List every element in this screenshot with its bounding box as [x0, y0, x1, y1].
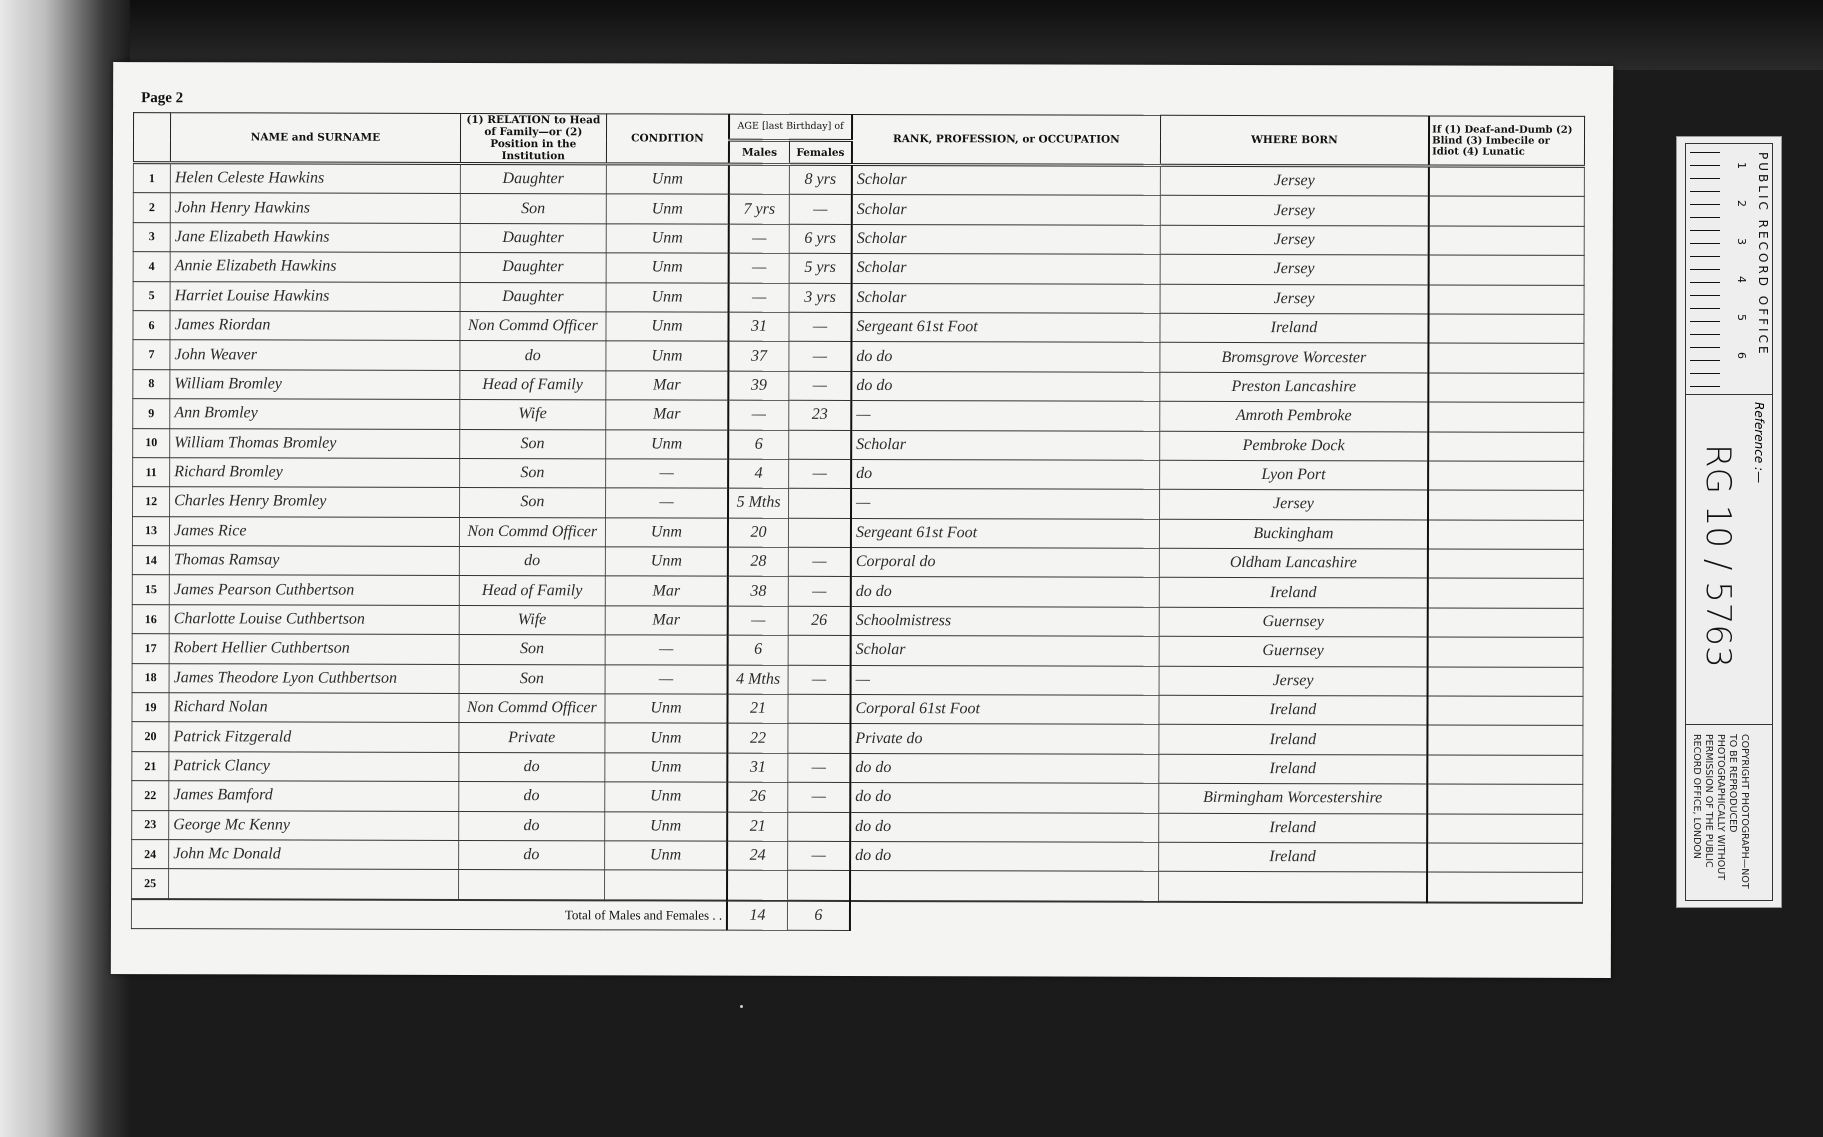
cell-relation: Daughter	[460, 282, 606, 312]
cell-row-number: 1	[133, 163, 170, 193]
cell-female: 8 yrs	[789, 164, 852, 195]
reference-value: RG 10 / 5763	[1698, 444, 1738, 668]
cell-born: Jersey	[1160, 225, 1429, 255]
cell-condition: —	[605, 488, 728, 518]
cell-relation: Non Commd Officer	[460, 311, 606, 341]
census-page: Page 2 NAME and SURNAME (1) RELATION to …	[111, 62, 1613, 978]
cell-female: —	[789, 312, 852, 342]
cell-condition: Unm	[606, 282, 729, 312]
cell-inf	[1427, 814, 1582, 844]
cell-relation: do	[458, 840, 604, 870]
cell-inf	[1428, 402, 1583, 432]
cell-relation: Private	[459, 723, 605, 753]
header-name: NAME and SURNAME	[171, 113, 461, 164]
cell-inf	[1428, 431, 1583, 461]
cell-male: 6	[728, 430, 788, 460]
cell-male: —	[729, 283, 789, 313]
cell-occupation: Scholar	[852, 195, 1160, 225]
cell-born: Pembroke Dock	[1159, 431, 1428, 461]
cell-born: Birmingham Worcestershire	[1158, 783, 1427, 813]
total-females: 6	[787, 901, 850, 931]
cell-relation: do	[460, 341, 606, 371]
cell-condition: Unm	[606, 312, 729, 342]
total-males: 14	[727, 900, 787, 930]
cell-male: 31	[729, 312, 789, 342]
cell-female	[788, 694, 851, 724]
cell-occupation: do do	[851, 577, 1159, 607]
cell-occupation: —	[851, 489, 1159, 519]
cell-condition	[604, 870, 727, 900]
cell-female	[788, 489, 851, 519]
table-row: 11Richard BromleySon—4—doLyon Port	[133, 457, 1584, 490]
cell-condition: Unm	[604, 811, 727, 841]
cell-row-number: 20	[132, 722, 169, 751]
public-record-office-strip: PUBLIC RECORD OFFICE 1 2 3 4 5 6 Referen…	[1676, 136, 1782, 908]
cell-male: 4 Mths	[728, 665, 788, 695]
cell-row-number: 9	[133, 399, 170, 428]
cell-male: —	[729, 253, 789, 283]
cell-inf	[1427, 872, 1582, 902]
cell-relation: Son	[459, 635, 605, 665]
cell-born	[1158, 872, 1427, 903]
table-row: 24John Mc DonalddoUnm24—do doIreland	[132, 840, 1583, 873]
cell-female	[788, 636, 851, 666]
cell-female: —	[789, 371, 852, 401]
table-row: 6James RiordanNon Commd OfficerUnm31—Ser…	[133, 311, 1584, 344]
cell-occupation: Sergeant 61st Foot	[851, 518, 1159, 548]
cell-name: James Pearson Cuthbertson	[169, 575, 459, 605]
table-row: 25	[132, 869, 1583, 903]
ruler-number: 1	[1726, 162, 1748, 169]
cell-inf	[1429, 196, 1584, 226]
cell-male: 21	[727, 812, 787, 842]
cell-relation: Son	[459, 488, 605, 518]
table-row: 12Charles Henry BromleySon—5 Mths—Jersey	[133, 487, 1584, 520]
cell-relation: do	[459, 547, 605, 577]
table-row: 10William Thomas BromleySonUnm6ScholarPe…	[133, 428, 1584, 461]
table-row: 8William BromleyHead of FamilyMar39—do d…	[133, 369, 1584, 402]
cell-relation: do	[459, 752, 605, 782]
cell-name: Helen Celeste Hawkins	[170, 163, 460, 194]
ruler-ticks	[1690, 152, 1720, 390]
cell-male: 37	[729, 341, 789, 371]
cell-relation: Son	[459, 458, 605, 488]
cell-row-number: 15	[132, 575, 169, 604]
reference-label: Reference :—	[1752, 402, 1766, 483]
cell-born: Amroth Pembroke	[1160, 401, 1429, 431]
cell-occupation: Private do	[850, 724, 1158, 754]
cell-born: Jersey	[1159, 666, 1428, 696]
cell-name: Richard Bromley	[170, 458, 460, 488]
cell-female	[789, 430, 852, 460]
table-row: 4Annie Elizabeth HawkinsDaughterUnm—5 yr…	[133, 252, 1584, 285]
cell-row-number: 4	[133, 252, 170, 281]
cell-condition: Unm	[606, 224, 729, 254]
cell-occupation: Schoolmistress	[851, 606, 1159, 636]
table-row: 14Thomas RamsaydoUnm28—Corporal doOldham…	[132, 546, 1583, 579]
table-row: 2John Henry HawkinsSonUnm7 yrs—ScholarJe…	[133, 193, 1584, 226]
cell-relation: Daughter	[460, 223, 606, 253]
cell-inf	[1428, 520, 1583, 550]
cell-occupation: do do	[850, 812, 1158, 842]
cell-occupation: Scholar	[851, 636, 1159, 666]
cell-condition: Mar	[605, 576, 728, 606]
cell-name: John Mc Donald	[169, 840, 459, 870]
cell-relation: Head of Family	[460, 370, 606, 400]
cell-occupation: do do	[850, 783, 1158, 813]
cell-male: 5 Mths	[728, 488, 788, 518]
header-age-females: Females	[789, 140, 852, 164]
cell-row-number: 24	[132, 840, 169, 869]
copyright-notice: COPYRIGHT PHOTOGRAPH—NOT TO BE REPRODUCE…	[1690, 734, 1750, 900]
cell-occupation: Scholar	[851, 430, 1159, 460]
cell-condition: Unm	[606, 341, 729, 371]
table-row: 19Richard NolanNon Commd OfficerUnm21Cor…	[132, 693, 1583, 726]
cell-row-number: 17	[132, 634, 169, 663]
cell-male: 21	[728, 694, 788, 724]
cell-born: Ireland	[1160, 313, 1429, 343]
total-row: Total of Males and Females . .146	[131, 899, 1582, 933]
cell-male: —	[728, 606, 788, 636]
cell-born: Ireland	[1159, 695, 1428, 725]
cell-occupation: do	[851, 459, 1159, 489]
cell-female: 5 yrs	[789, 253, 852, 283]
cell-row-number: 21	[132, 751, 169, 780]
cell-relation: Son	[460, 194, 606, 224]
cell-condition: Unm	[605, 429, 728, 459]
cell-male: 24	[727, 841, 787, 871]
cell-born: Guernsey	[1159, 607, 1428, 637]
header-condition: CONDITION	[606, 114, 729, 164]
cell-male: 38	[728, 577, 788, 607]
cell-born: Ireland	[1159, 725, 1428, 755]
cell-condition: Unm	[605, 723, 728, 753]
table-row: 21Patrick ClancydoUnm31—do doIreland	[132, 751, 1583, 784]
table-row: 3Jane Elizabeth HawkinsDaughterUnm—6 yrs…	[133, 222, 1584, 255]
cell-inf	[1428, 549, 1583, 579]
header-age-males: Males	[729, 140, 789, 164]
total-label: Total of Males and Females . .	[131, 899, 727, 930]
census-table: NAME and SURNAME (1) RELATION to Head of…	[131, 112, 1585, 933]
total-blank	[850, 901, 1583, 933]
header-age: AGE [last Birthday] of	[729, 114, 852, 141]
cell-inf	[1429, 255, 1584, 285]
cell-name: John Henry Hawkins	[170, 193, 460, 223]
cell-relation: Wife	[459, 605, 605, 635]
cell-female: —	[788, 665, 851, 695]
cell-name: William Thomas Bromley	[170, 428, 460, 458]
cell-row-number: 2	[133, 193, 170, 222]
cell-inf	[1428, 667, 1583, 697]
cell-female: —	[788, 547, 851, 577]
cell-condition: Unm	[605, 547, 728, 577]
cell-born: Jersey	[1160, 196, 1429, 226]
cell-relation: Son	[459, 664, 605, 694]
cell-inf	[1429, 226, 1584, 256]
cell-name: James Theodore Lyon Cuthbertson	[169, 663, 459, 693]
cell-row-number: 3	[133, 222, 170, 251]
cell-occupation: Scholar	[852, 224, 1160, 254]
cell-occupation: Scholar	[852, 164, 1160, 195]
cell-born: Ireland	[1159, 578, 1428, 608]
cell-born: Lyon Port	[1159, 460, 1428, 490]
cell-female: —	[789, 342, 852, 372]
cell-inf	[1429, 314, 1584, 344]
cell-name	[169, 869, 459, 900]
table-row: 16Charlotte Louise CuthbertsonWifeMar—26…	[132, 604, 1583, 637]
cell-born: Jersey	[1160, 284, 1429, 314]
cell-relation: Daughter	[460, 253, 606, 283]
cell-row-number: 5	[133, 281, 170, 310]
cell-row-number: 18	[132, 663, 169, 692]
cell-condition: Unm	[606, 194, 729, 224]
cell-condition: Unm	[606, 253, 729, 283]
ruler-number: 5	[1726, 314, 1748, 321]
page-label: Page 2	[141, 90, 183, 107]
cell-born: Ireland	[1159, 754, 1428, 784]
cell-name: George Mc Kenny	[169, 810, 459, 840]
cell-relation: Non Commd Officer	[459, 693, 605, 723]
cell-female	[788, 812, 851, 842]
cell-born: Buckingham	[1159, 519, 1428, 549]
cell-male: 7 yrs	[729, 195, 789, 225]
cell-female: —	[789, 195, 852, 225]
cell-male: 22	[728, 724, 788, 754]
cell-male: 31	[727, 753, 787, 783]
cell-name: James Bamford	[169, 781, 459, 811]
cell-row-number: 11	[133, 457, 170, 486]
cell-name: Robert Hellier Cuthbertson	[169, 634, 459, 664]
cell-female: —	[788, 783, 851, 813]
cell-male	[727, 871, 787, 901]
reference-box: Reference :— RG 10 / 5763	[1686, 394, 1772, 725]
cell-row-number: 6	[133, 311, 170, 340]
measurement-ruler: PUBLIC RECORD OFFICE 1 2 3 4 5 6	[1686, 144, 1772, 395]
cell-name: James Riordan	[170, 311, 460, 341]
cell-female: —	[787, 841, 850, 871]
scan-top-shadow	[0, 0, 1823, 70]
cell-name: Ann Bromley	[170, 399, 460, 429]
cell-born: Bromsgrove Worcester	[1160, 343, 1429, 373]
cell-male: 4	[728, 459, 788, 489]
cell-row-number: 22	[132, 781, 169, 810]
cell-condition: Mar	[605, 606, 728, 636]
cell-born: Preston Lancashire	[1160, 372, 1429, 402]
cell-female: —	[788, 753, 851, 783]
cell-condition: Unm	[605, 782, 728, 812]
cell-condition: Unm	[605, 518, 728, 548]
cell-occupation: Corporal do	[851, 548, 1159, 578]
cell-female	[788, 724, 851, 754]
cell-relation: do	[459, 782, 605, 812]
cell-male: 39	[728, 371, 788, 401]
cell-male: 20	[728, 518, 788, 548]
header-row-number	[133, 113, 170, 163]
header-occupation: RANK, PROFESSION, or OCCUPATION	[852, 114, 1160, 165]
ruler-number: 6	[1726, 352, 1748, 359]
table-row: 1Helen Celeste HawkinsDaughterUnm8 yrsSc…	[133, 163, 1584, 197]
cell-relation: Daughter	[460, 163, 606, 194]
cell-condition: Unm	[605, 694, 728, 724]
cell-born: Ireland	[1158, 842, 1427, 872]
header-infirmity: If (1) Deaf-and-Dumb (2) Blind (3) Imbec…	[1429, 116, 1585, 166]
cell-female: 3 yrs	[789, 283, 852, 313]
cell-occupation: Scholar	[852, 254, 1160, 284]
cell-female: 6 yrs	[789, 224, 852, 254]
cell-female	[787, 871, 850, 901]
cell-row-number: 16	[132, 604, 169, 633]
cell-inf	[1428, 696, 1583, 726]
cell-condition: Unm	[604, 841, 727, 871]
cell-name: James Rice	[170, 516, 460, 546]
cell-condition: Mar	[606, 400, 729, 430]
header-where-born: WHERE BORN	[1160, 115, 1429, 166]
cell-occupation: do do	[851, 342, 1159, 372]
cell-row-number: 19	[132, 693, 169, 722]
cell-inf	[1428, 490, 1583, 520]
cell-inf	[1429, 343, 1584, 373]
table-row: 18James Theodore Lyon CuthbertsonSon—4 M…	[132, 663, 1583, 696]
cell-row-number: 12	[133, 487, 170, 516]
cell-male: —	[729, 224, 789, 254]
cell-row-number: 8	[133, 369, 170, 398]
cell-occupation: Sergeant 61st Foot	[851, 312, 1159, 342]
cell-name: Patrick Clancy	[169, 751, 459, 781]
cell-occupation: Corporal 61st Foot	[850, 695, 1158, 725]
cell-female: 23	[789, 400, 852, 430]
cell-row-number: 10	[133, 428, 170, 457]
cell-born: Guernsey	[1159, 637, 1428, 667]
cell-name: Charles Henry Bromley	[170, 487, 460, 517]
cell-relation: Son	[459, 429, 605, 459]
cell-relation: Head of Family	[459, 576, 605, 606]
cell-inf	[1429, 285, 1584, 315]
table-row: 7John WeaverdoUnm37—do doBromsgrove Worc…	[133, 340, 1584, 373]
cell-relation: Wife	[460, 400, 606, 430]
table-row: 23George Mc KennydoUnm21do doIreland	[132, 810, 1583, 843]
cell-male	[729, 164, 789, 195]
cell-inf	[1428, 578, 1583, 608]
cell-relation	[458, 870, 604, 900]
cell-born: Jersey	[1160, 254, 1429, 284]
cell-inf	[1428, 373, 1583, 403]
cell-occupation: do do	[850, 841, 1158, 871]
cell-occupation: —	[851, 401, 1159, 431]
cell-name: Annie Elizabeth Hawkins	[170, 252, 460, 282]
cell-inf	[1428, 637, 1583, 667]
cell-name: Richard Nolan	[169, 693, 459, 723]
cell-occupation: do do	[850, 753, 1158, 783]
cell-condition: —	[605, 459, 728, 489]
cell-name: Thomas Ramsay	[169, 546, 459, 576]
ruler-number: 2	[1726, 200, 1748, 207]
cell-relation: do	[458, 811, 604, 841]
cell-name: Harriet Louise Hawkins	[170, 281, 460, 311]
cell-condition: Mar	[606, 371, 729, 401]
cell-name: Jane Elizabeth Hawkins	[170, 222, 460, 252]
pro-title: PUBLIC RECORD OFFICE	[1756, 152, 1770, 357]
cell-name: John Weaver	[170, 340, 460, 370]
table-row: 5Harriet Louise HawkinsDaughterUnm—3 yrs…	[133, 281, 1584, 314]
table-row: 22James BamforddoUnm26—do doBirmingham W…	[132, 781, 1583, 814]
cell-row-number: 7	[133, 340, 170, 369]
cell-inf	[1429, 166, 1584, 197]
cell-male: —	[728, 400, 788, 430]
cell-born: Oldham Lancashire	[1159, 548, 1428, 578]
cell-inf	[1428, 725, 1583, 755]
cell-occupation: Scholar	[852, 283, 1160, 313]
cell-row-number: 14	[132, 546, 169, 575]
cell-name: Patrick Fitzgerald	[169, 722, 459, 752]
cell-female: —	[788, 577, 851, 607]
cell-condition: Unm	[606, 164, 729, 195]
table-row: 20Patrick FitzgeraldPrivateUnm22Private …	[132, 722, 1583, 755]
cell-male: 6	[728, 635, 788, 665]
cell-name: Charlotte Louise Cuthbertson	[169, 605, 459, 635]
cell-inf	[1427, 843, 1582, 873]
header-relation: (1) RELATION to Head of Family—or (2) Po…	[460, 113, 606, 163]
cell-relation: Non Commd Officer	[459, 517, 605, 547]
cell-occupation	[850, 871, 1158, 902]
cell-male: 26	[727, 782, 787, 812]
cell-row-number: 25	[132, 869, 169, 899]
table-row: 13James RiceNon Commd OfficerUnm20Sergea…	[132, 516, 1583, 549]
cell-row-number: 23	[132, 810, 169, 839]
cell-inf	[1428, 461, 1583, 491]
cell-condition: —	[605, 635, 728, 665]
dust-speck	[740, 1005, 743, 1008]
cell-condition: Unm	[605, 753, 728, 783]
table-row: 17Robert Hellier CuthbertsonSon—6Scholar…	[132, 634, 1583, 667]
cell-inf	[1428, 608, 1583, 638]
cell-female	[788, 518, 851, 548]
cell-born: Ireland	[1158, 813, 1427, 843]
cell-occupation: do do	[851, 371, 1159, 401]
cell-born: Jersey	[1160, 165, 1429, 196]
cell-female: 26	[788, 606, 851, 636]
cell-condition: —	[605, 664, 728, 694]
ruler-number: 3	[1726, 238, 1748, 245]
cell-row-number: 13	[132, 516, 169, 545]
ruler-number: 4	[1726, 276, 1748, 283]
cell-born: Jersey	[1159, 490, 1428, 520]
cell-inf	[1427, 755, 1582, 785]
cell-occupation: —	[851, 665, 1159, 695]
table-row: 15James Pearson CuthbertsonHead of Famil…	[132, 575, 1583, 608]
table-row: 9Ann BromleyWifeMar—23—Amroth Pembroke	[133, 399, 1584, 432]
cell-inf	[1427, 784, 1582, 814]
cell-male: 28	[728, 547, 788, 577]
cell-female: —	[788, 459, 851, 489]
cell-name: William Bromley	[170, 369, 460, 399]
